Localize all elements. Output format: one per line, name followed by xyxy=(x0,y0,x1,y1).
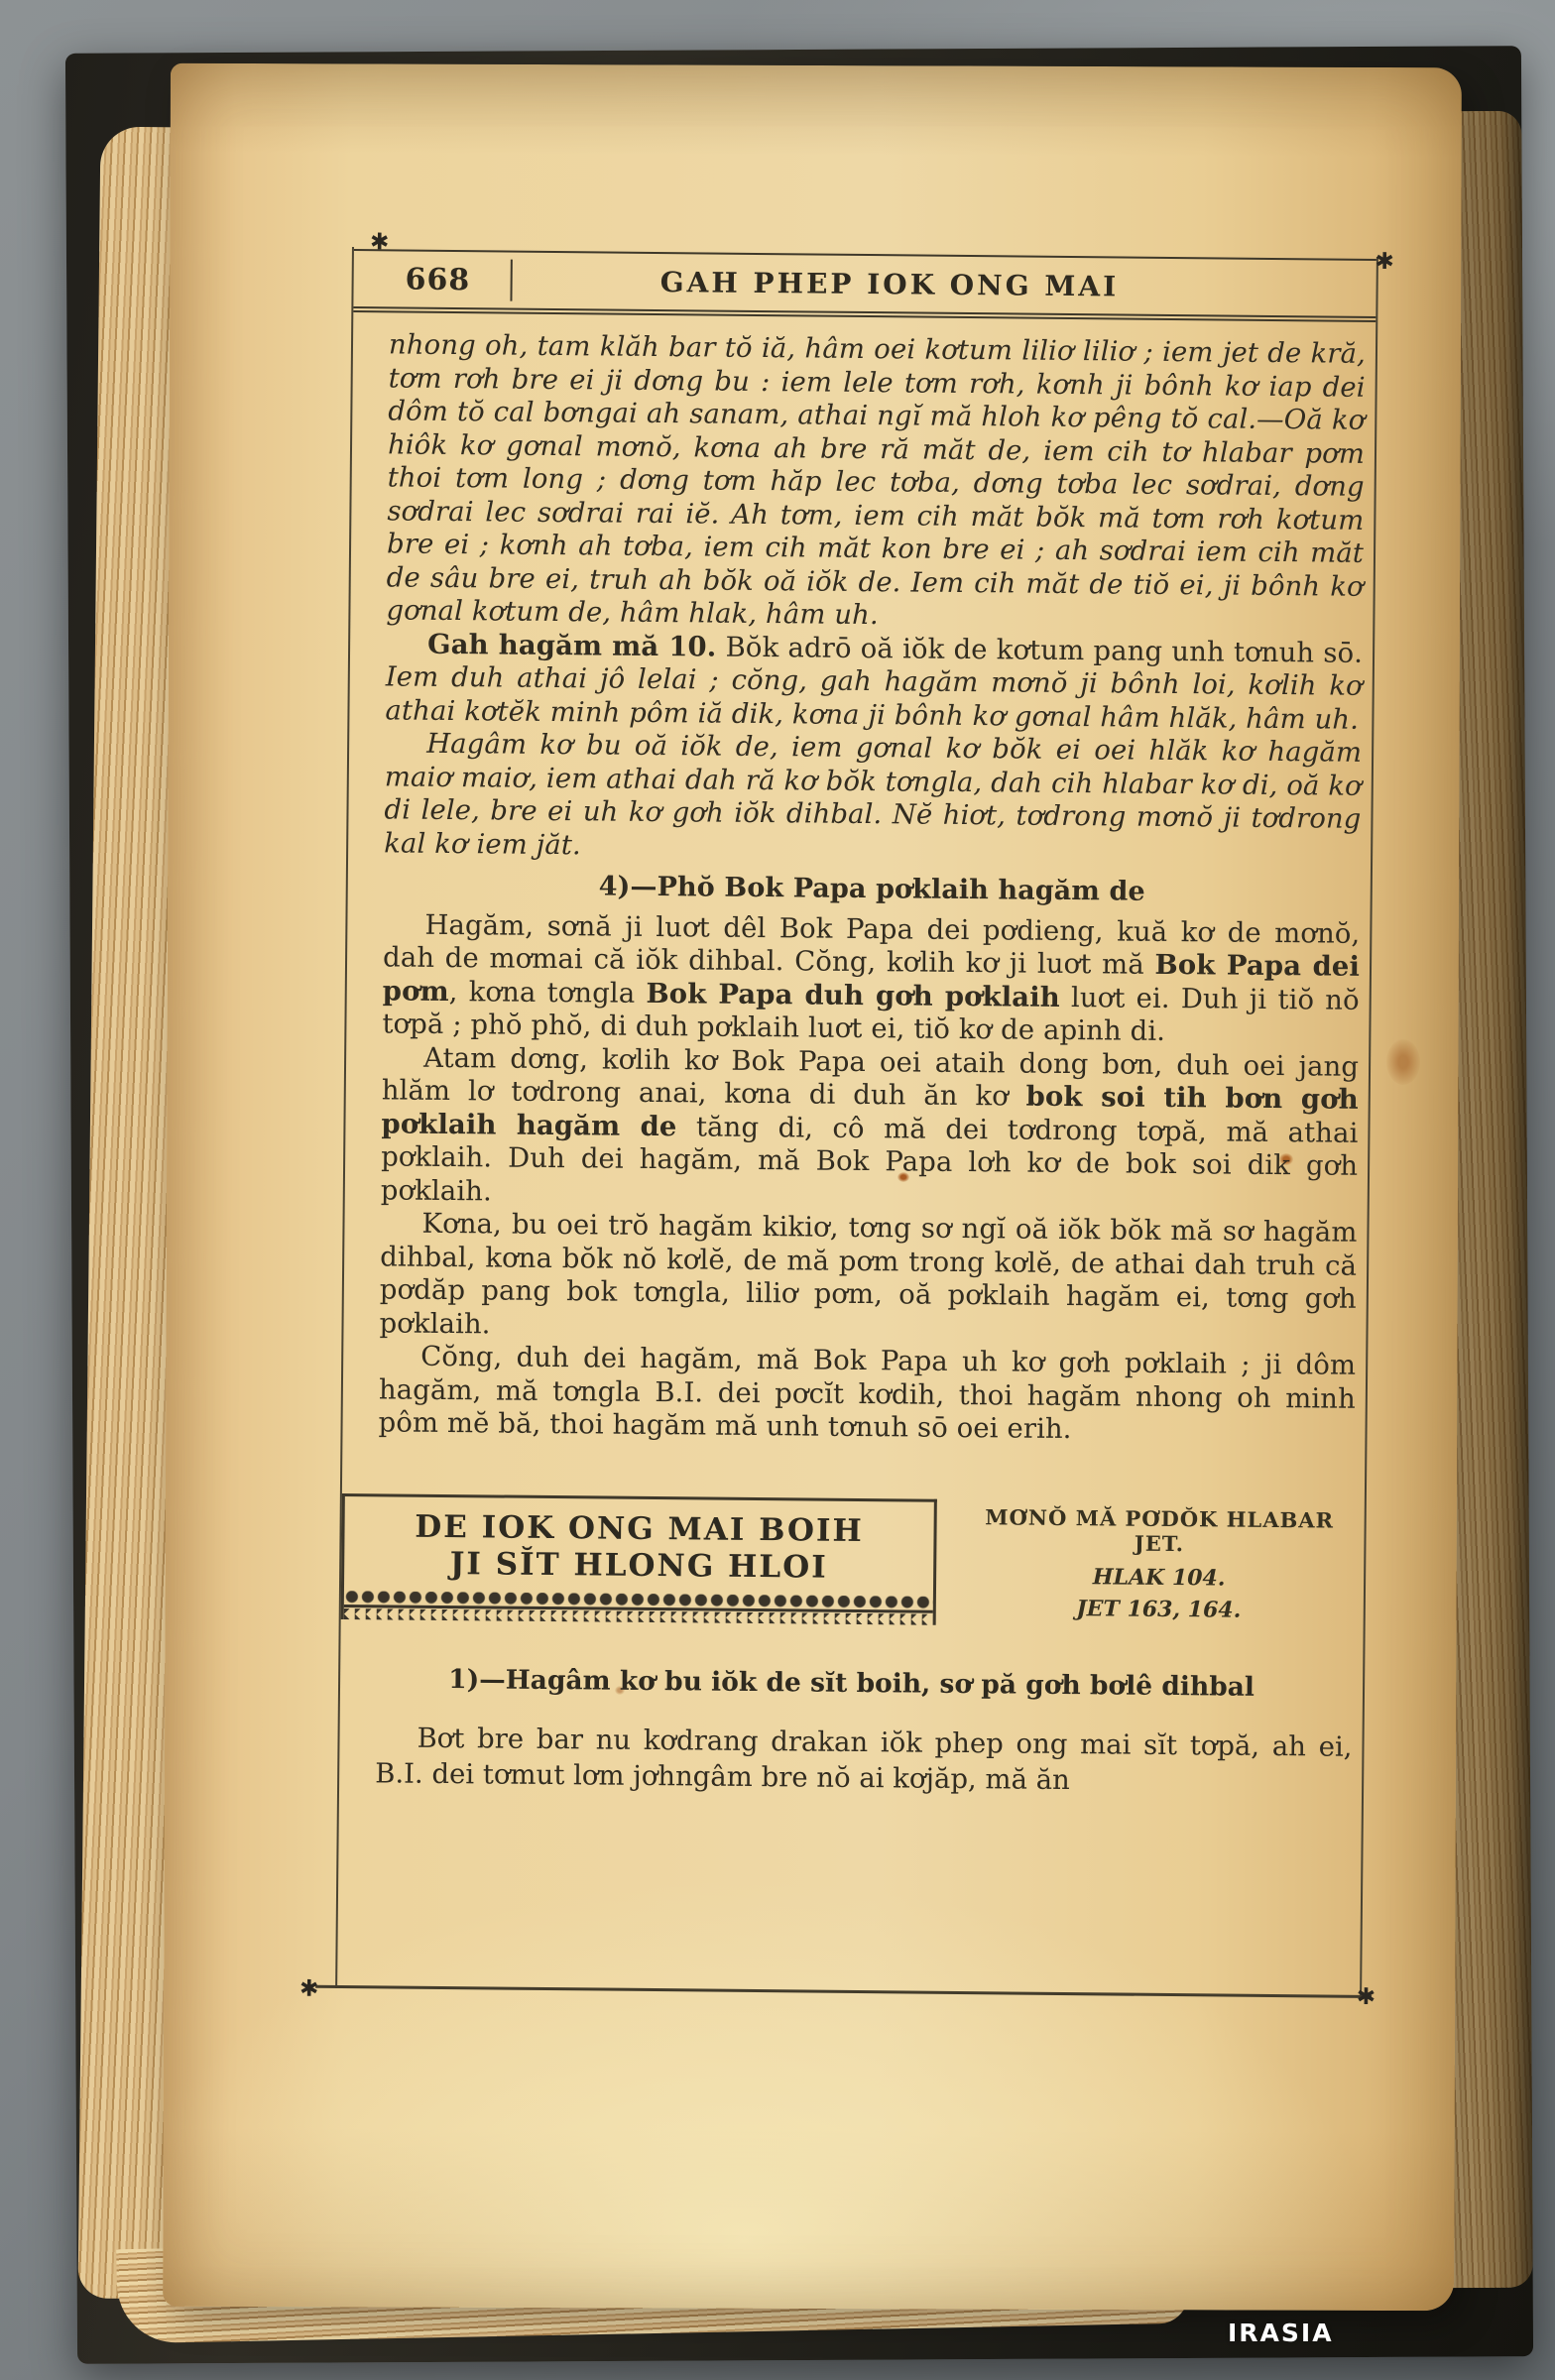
side-reference-line-2: HLAK 104. xyxy=(962,1562,1356,1592)
decorative-border xyxy=(344,1591,933,1625)
box-title-line-2: JI SĬT HLONG HLOI xyxy=(344,1545,933,1588)
paragraph-4-text: , kơna tơngla xyxy=(449,976,647,1010)
paragraph-6: Kơna, bu oei trŏ hagăm kikiơ, tơng sơ ng… xyxy=(379,1207,1357,1349)
paragraph-2: Gah hagăm mă 10. Bŏk adrō oă iŏk de kơtu… xyxy=(385,628,1363,737)
corner-ornament-icon: ✱ xyxy=(370,231,390,254)
paragraph-5: Atam dơng, kơlih kơ Bok Papa oei ataih d… xyxy=(381,1041,1360,1217)
section-divider-row: DE IOK ONG MAI BOIH JI SĬT HLONG HLOI MƠ… xyxy=(341,1492,1357,1628)
page-number: 668 xyxy=(405,262,470,297)
paragraph-2-italic: Iem duh athai jô lelai ; cŏng, gah hagăm… xyxy=(385,660,1363,735)
foxing-stain xyxy=(1386,1039,1420,1085)
side-reference-line-1: MƠNŎ MĂ PƠDŎK HLABAR JET. xyxy=(962,1504,1356,1558)
paragraph-3: Hagâm kơ bu oă iŏk de, iem gơnal kơ bŏk … xyxy=(384,727,1362,869)
corner-ornament-icon: ✱ xyxy=(1375,251,1394,274)
paragraph-4: Hagăm, sơnă ji luơt dêl Bok Papa dei pơd… xyxy=(382,908,1360,1050)
paragraph-2-roman: Bŏk adrō oă iŏk de kơtum pang unh tơnuh … xyxy=(716,631,1363,668)
paragraph-2-lead: Gah hagăm mă 10. xyxy=(427,628,717,662)
corner-ornament-icon: ✱ xyxy=(1357,1986,1376,2009)
paragraph-4-bold: Bok Papa duh gơh pơklaih xyxy=(646,977,1060,1012)
side-reference-line-3: JET 163, 164. xyxy=(962,1594,1356,1623)
paragraph-8: Bơt bre bar nu kơdrang drakan iŏk phep o… xyxy=(375,1720,1353,1800)
box-title-line-1: DE IOK ONG MAI BOIH xyxy=(344,1508,933,1551)
paragraph-1: nhong oh, tam klăh bar tŏ iă, hâm oei kơ… xyxy=(386,328,1366,637)
running-title: GAH PHEP IOK ONG MAI xyxy=(512,264,1376,304)
paragraph-7: Cŏng, duh dei hagăm, mă Bok Papa uh kơ g… xyxy=(378,1340,1356,1449)
book-photo: ✱ ✱ ✱ ✱ 668 GAH PHEP IOK ONG MAI nhong o… xyxy=(0,0,1555,2380)
side-reference: MƠNŎ MĂ PƠDŎK HLABAR JET. HLAK 104. JET … xyxy=(962,1504,1357,1624)
watermark: IRASIA xyxy=(1228,2319,1334,2347)
section-heading-4: 4)—Phŏ Bok Papa pơklaih hagăm de xyxy=(384,868,1361,910)
section-title-box: DE IOK ONG MAI BOIH JI SĬT HLONG HLOI xyxy=(341,1492,937,1624)
body-text: nhong oh, tam klăh bar tŏ iă, hâm oei kơ… xyxy=(378,328,1366,1449)
text-frame: ✱ ✱ ✱ ✱ 668 GAH PHEP IOK ONG MAI nhong o… xyxy=(335,241,1378,1998)
corner-ornament-icon: ✱ xyxy=(299,1978,319,2001)
section-heading-1: 1)—Hagâm kơ bu iŏk de sĭt boih, sơ pă gơ… xyxy=(346,1663,1357,1704)
page-header: 668 GAH PHEP IOK ONG MAI xyxy=(353,249,1376,322)
